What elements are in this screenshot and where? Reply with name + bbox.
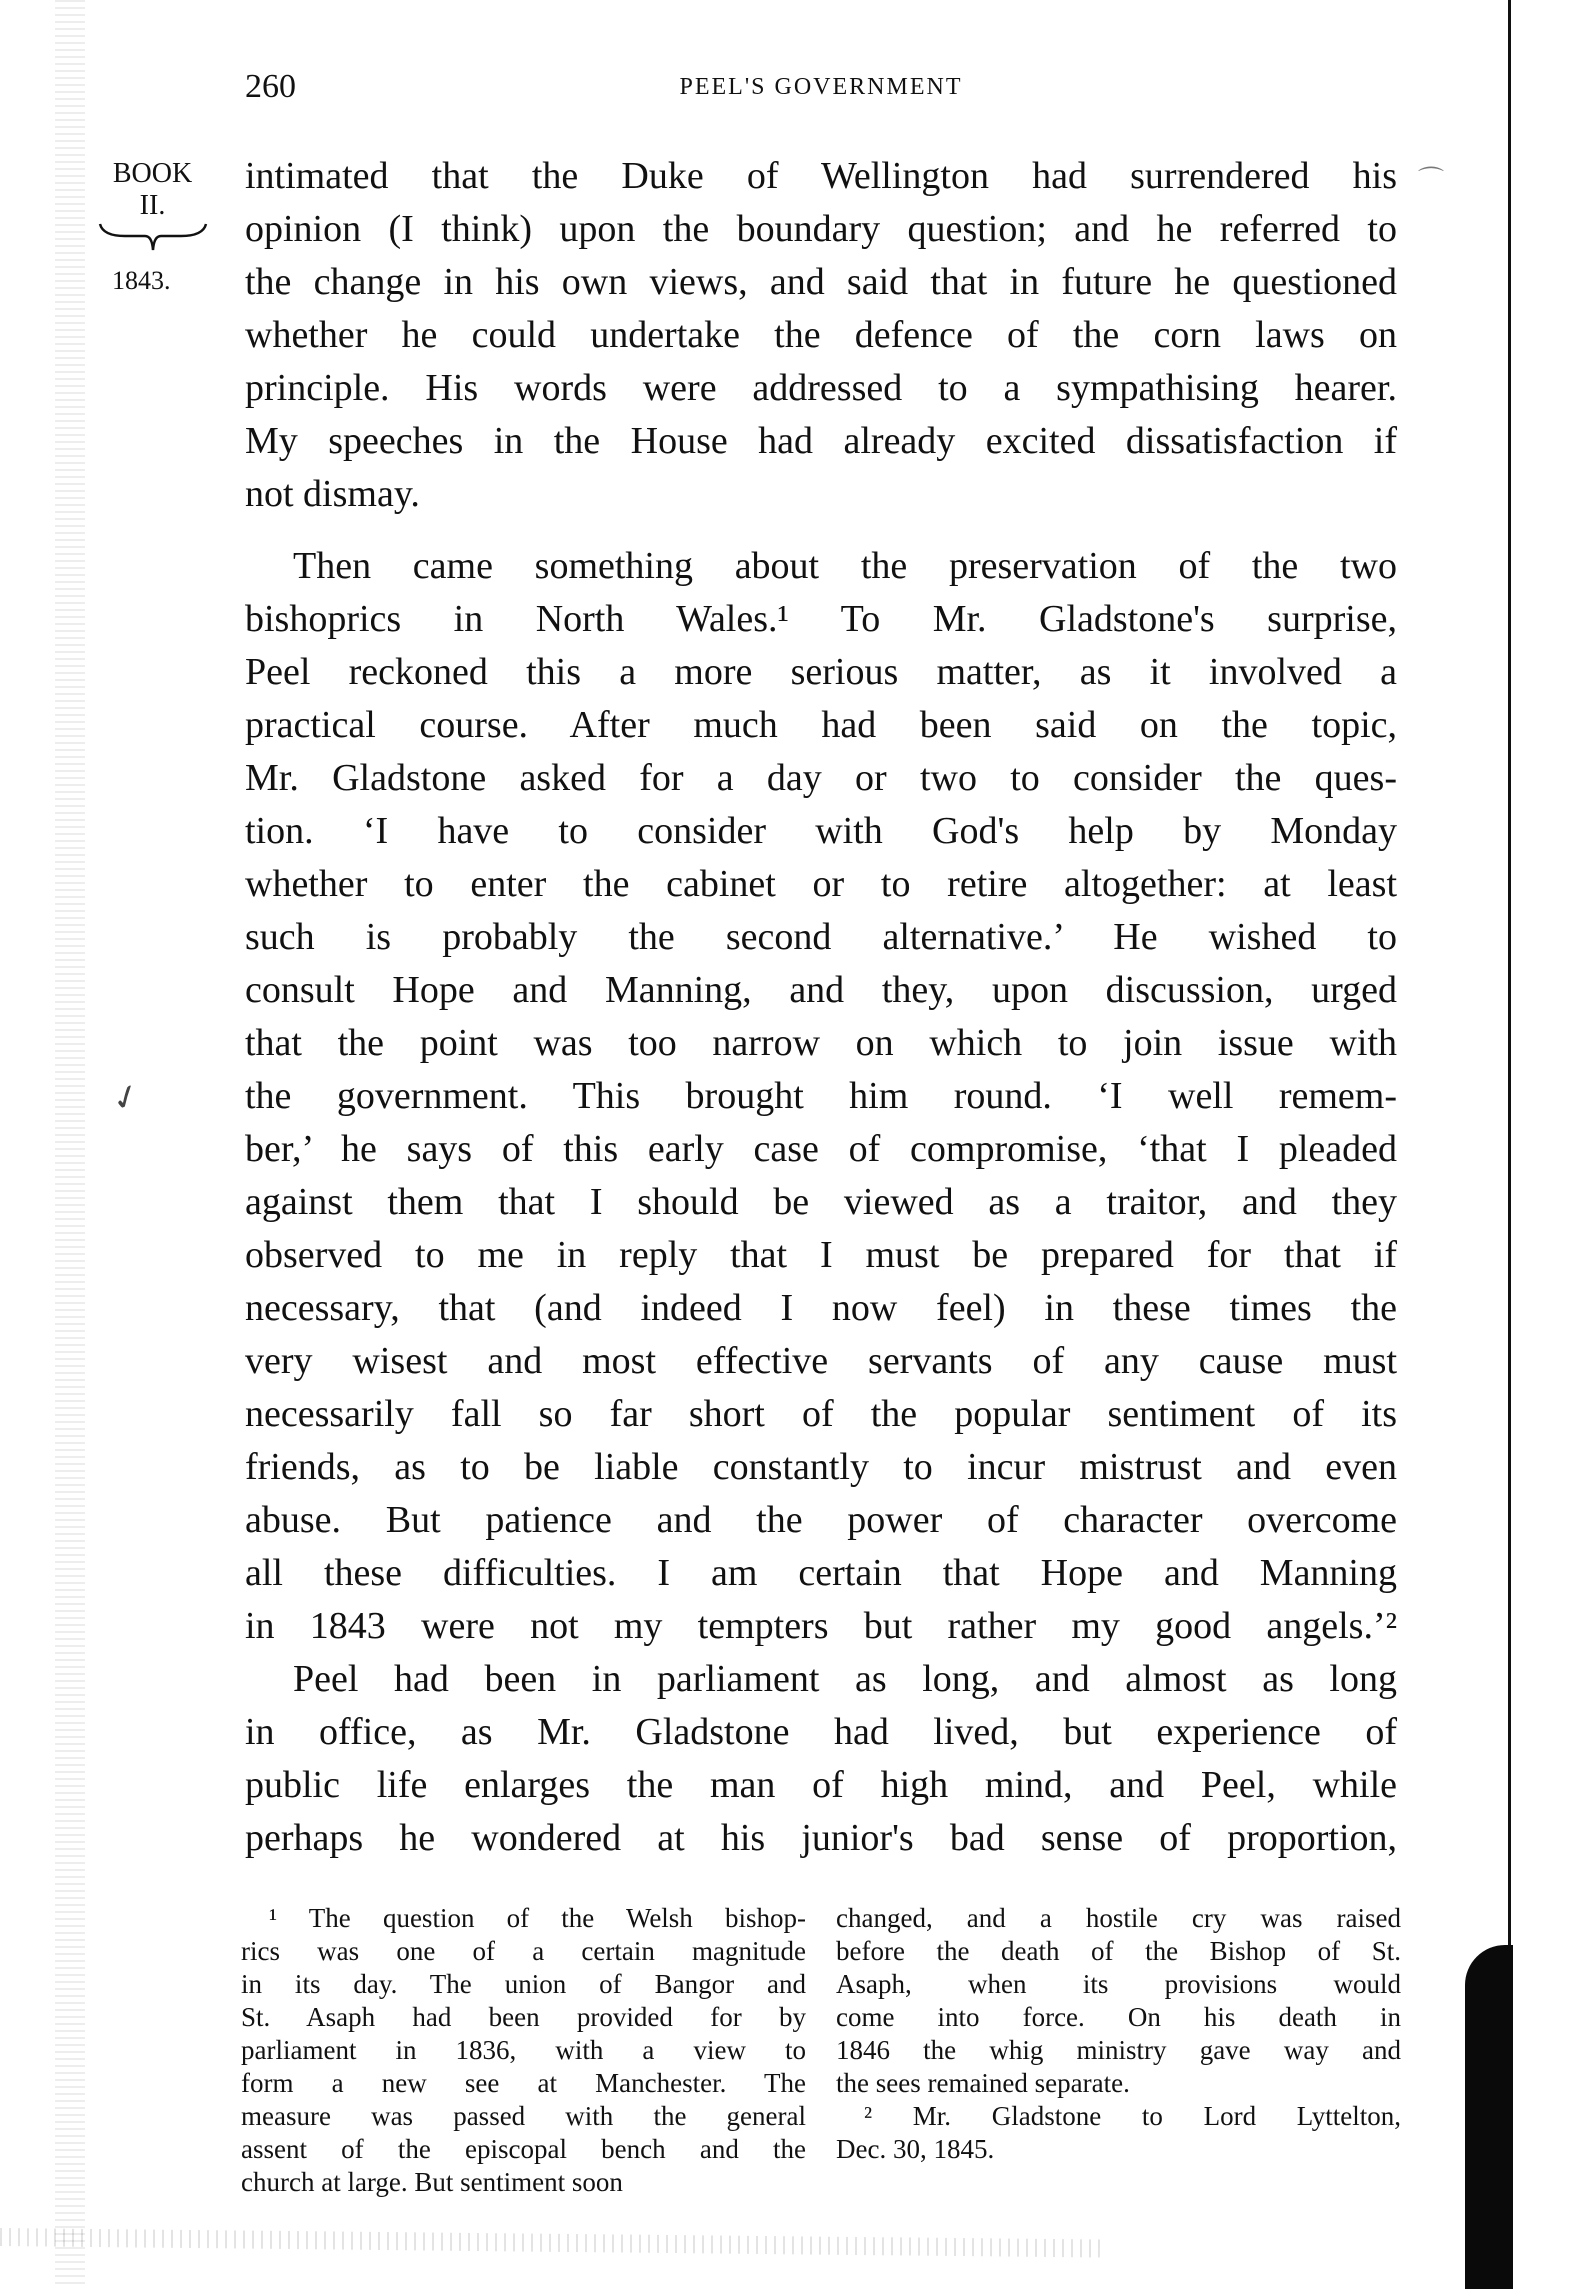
text-line: the change in his own views, and said th… — [245, 256, 1397, 309]
text-line: necessary, that (and indeed I now feel) … — [245, 1282, 1397, 1335]
footnote-line: St. Asaph had been provided for by — [241, 2001, 806, 2034]
footnote-line: Asaph, when its provisions would — [836, 1968, 1401, 2001]
text-line: not dismay. — [245, 468, 1397, 521]
footnote-line: form a new see at Manchester. The — [241, 2067, 806, 2100]
scan-bottom-speckle — [0, 2228, 1100, 2258]
footnote-line: come into force. On his death in — [836, 2001, 1401, 2034]
footnote-line: before the death of the Bishop of St. — [836, 1935, 1401, 1968]
page-header: 260 Peel's Government — [245, 68, 1397, 108]
text-line: opinion (I think) upon the boundary ques… — [245, 203, 1397, 256]
paragraph-1: intimated that the Duke of Wellington ha… — [245, 150, 1397, 521]
text-line: public life enlarges the man of high min… — [245, 1759, 1397, 1812]
footnote-line: ¹ The question of the Welsh bishop- — [241, 1902, 806, 1935]
scan-shadow — [1465, 1945, 1513, 2289]
brace-icon — [95, 222, 210, 254]
text-line: abuse. But patience and the power of cha… — [245, 1494, 1397, 1547]
text-line: principle. His words were addressed to a… — [245, 362, 1397, 415]
text-line: friends, as to be liable constantly to i… — [245, 1441, 1397, 1494]
footnote-line: the sees remained separate. — [836, 2067, 1401, 2100]
text-line: in 1843 were not my tempters but rather … — [245, 1600, 1397, 1653]
text-line: against them that I should be viewed as … — [245, 1176, 1397, 1229]
footnote-line: 1846 the whig ministry gave way and — [836, 2034, 1401, 2067]
text-line: necessarily fall so far short of the pop… — [245, 1388, 1397, 1441]
running-head: Peel's Government — [245, 74, 1397, 101]
text-line: My speeches in the House had already exc… — [245, 415, 1397, 468]
footnote-line: in its day. The union of Bangor and — [241, 1968, 806, 2001]
pencil-tick-icon: ⌒ — [1418, 160, 1444, 197]
footnote-line: assent of the episcopal bench and the — [241, 2133, 806, 2166]
margin-note: BOOK II. — [95, 158, 210, 254]
footnote-column-right: changed, and a hostile cry was raised be… — [836, 1902, 1401, 2166]
footnote-line: church at large. But sentiment soon — [241, 2166, 806, 2199]
text-line: whether to enter the cabinet or to retir… — [245, 858, 1397, 911]
text-line: very wisest and most effective servants … — [245, 1335, 1397, 1388]
scan-edge-speckle — [55, 0, 85, 2289]
text-line: in office, as Mr. Gladstone had lived, b… — [245, 1706, 1397, 1759]
margin-year: 1843. — [112, 266, 171, 296]
footnote-line: rics was one of a certain magnitude — [241, 1935, 806, 1968]
text-line: Mr. Gladstone asked for a day or two to … — [245, 752, 1397, 805]
text-line: Peel had been in parliament as long, and… — [245, 1653, 1397, 1706]
text-line: such is probably the second alternative.… — [245, 911, 1397, 964]
text-line: Then came something about the preservati… — [245, 540, 1397, 593]
text-line: tion. ‘I have to consider with God's hel… — [245, 805, 1397, 858]
text-line: intimated that the Duke of Wellington ha… — [245, 150, 1397, 203]
text-line: observed to me in reply that I must be p… — [245, 1229, 1397, 1282]
text-line: the government. This brought him round. … — [245, 1070, 1397, 1123]
handwritten-check-icon: ✓ — [106, 1074, 146, 1121]
text-line: bishoprics in North Wales.¹ To Mr. Glads… — [245, 593, 1397, 646]
text-line: all these difficulties. I am certain tha… — [245, 1547, 1397, 1600]
text-line: practical course. After much had been sa… — [245, 699, 1397, 752]
footnote-line: ² Mr. Gladstone to Lord Lyttelton, — [836, 2100, 1401, 2133]
text-line: ber,’ he says of this early case of comp… — [245, 1123, 1397, 1176]
footnote-column-left: ¹ The question of the Welsh bishop- rics… — [241, 1902, 806, 2199]
margin-book-number: II. — [95, 190, 210, 222]
footnote-line: changed, and a hostile cry was raised — [836, 1902, 1401, 1935]
paragraph-2: Then came something about the preservati… — [245, 540, 1397, 1653]
text-line: whether he could undertake the defence o… — [245, 309, 1397, 362]
text-line: that the point was too narrow on which t… — [245, 1017, 1397, 1070]
text-line: perhaps he wondered at his junior's bad … — [245, 1812, 1397, 1865]
margin-book-label: BOOK — [95, 158, 210, 190]
text-line: consult Hope and Manning, and they, upon… — [245, 964, 1397, 1017]
paragraph-3: Peel had been in parliament as long, and… — [245, 1653, 1397, 1865]
footnote-line: measure was passed with the general — [241, 2100, 806, 2133]
footnote-line: Dec. 30, 1845. — [836, 2133, 1401, 2166]
footnote-line: parliament in 1836, with a view to — [241, 2034, 806, 2067]
text-line: Peel reckoned this a more serious matter… — [245, 646, 1397, 699]
